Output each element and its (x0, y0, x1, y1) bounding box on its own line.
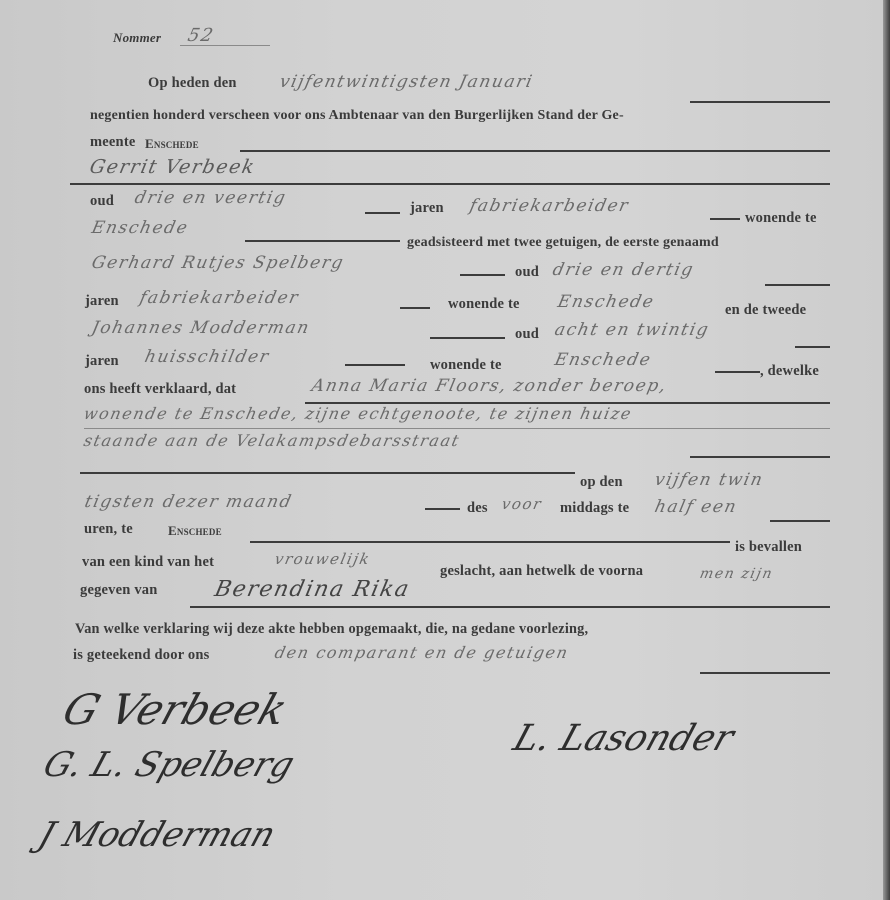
hand-birth-time: half een (653, 497, 739, 517)
hand-address: staande aan de Velakampsdebarsstraat (82, 431, 462, 450)
hand-voor: voor (500, 495, 544, 513)
page-edge (883, 0, 890, 900)
printed-uren-te: uren, te (84, 521, 133, 538)
rule (84, 428, 830, 429)
rule (430, 337, 505, 339)
rule (240, 150, 830, 152)
rule (245, 240, 400, 242)
hand-mother-name: Anna Maria Floors, zonder beroep, (310, 376, 669, 396)
rule (425, 508, 460, 510)
hand-birth-day-end: tigsten dezer maand (83, 492, 294, 512)
rule (795, 346, 830, 348)
number-underline (180, 45, 270, 46)
hand-witness1-name: Gerhard Rutjes Spelberg (90, 253, 346, 273)
hand-father-name: Gerrit Verbeek (88, 156, 258, 178)
hand-father-age: drie en veertig (133, 188, 289, 208)
hand-voornamen-zijn: men zijn (698, 566, 774, 582)
rule (345, 364, 405, 366)
rule (190, 606, 830, 608)
hand-father-occupation: fabriekarbeider (468, 196, 631, 216)
rule (250, 541, 730, 543)
rule (80, 472, 575, 474)
printed-geadsisteerd: geadsisteerd met twee getuigen, de eerst… (407, 235, 719, 251)
hand-signers: den comparant en de getuigen (273, 643, 571, 662)
rule (690, 101, 830, 103)
printed-middags-te: middags te (560, 500, 629, 517)
rule (770, 520, 830, 522)
printed-geteekend: is geteekend door ons (73, 647, 209, 664)
printed-verklaard: ons heeft verklaard, dat (84, 381, 236, 398)
rule (460, 274, 505, 276)
hand-child-name: Berendina Rika (212, 577, 412, 602)
printed-jaren: jaren (410, 200, 444, 217)
printed-van-een-kind: van een kind van het (82, 554, 214, 571)
printed-dewelke: , dewelke (760, 363, 819, 380)
printed-municipality: Enschede (145, 136, 199, 152)
rule (700, 672, 830, 674)
printed-municipality-2: Enschede (168, 523, 222, 539)
printed-van-welke: Van welke verklaring wij deze akte hebbe… (75, 621, 588, 638)
number-value: 52 (186, 25, 217, 46)
hand-witness2-age: acht en twintig (553, 320, 711, 340)
printed-gegeven-van: gegeven van (80, 582, 158, 599)
printed-en-de-tweede: en de tweede (725, 302, 806, 319)
printed-wonende-te: wonende te (745, 210, 817, 227)
rule (70, 183, 830, 185)
hand-witness1-occupation: fabriekarbeider (138, 288, 301, 308)
hand-witness1-age: drie en dertig (551, 260, 696, 280)
hand-date: vijfentwintigsten Januari (278, 72, 535, 92)
rule (400, 307, 430, 309)
hand-witness2-name: Johannes Modderman (90, 318, 312, 338)
hand-witness2-residence: Enschede (553, 350, 654, 370)
printed-op-heden: Op heden den (148, 75, 237, 92)
hand-birth-day-start: vijfen twin (653, 470, 766, 490)
signature-official: L. Lasonder (508, 718, 738, 759)
printed-wonende-te-3: wonende te (430, 357, 502, 374)
signature-father: G Verbeek (57, 685, 293, 734)
printed-wonende-te-2: wonende te (448, 296, 520, 313)
rule (710, 218, 740, 220)
number-label: Nommer (113, 30, 161, 46)
hand-witness2-occupation: huisschilder (143, 347, 272, 367)
hand-witness1-residence: Enschede (556, 292, 657, 312)
printed-is-bevallen: is bevallen (735, 539, 802, 556)
printed-jaren-2: jaren (85, 293, 119, 310)
rule (365, 212, 400, 214)
hand-sex: vrouwelijk (273, 550, 372, 568)
printed-geslacht: geslacht, aan hetwelk de voorna (440, 563, 643, 580)
printed-line-2: negentien honderd verscheen voor ons Amb… (90, 108, 624, 124)
printed-gemeente: meente (90, 134, 135, 151)
signature-witness2: J Modderman (34, 815, 281, 855)
rule (715, 371, 760, 373)
printed-op-den: op den (580, 474, 623, 491)
printed-jaren-3: jaren (85, 353, 119, 370)
rule (690, 456, 830, 458)
hand-mother-residence: wonende te Enschede, zijne echtgenoote, … (82, 404, 634, 423)
printed-des: des (467, 500, 488, 517)
printed-oud-2: oud (515, 264, 539, 281)
printed-oud: oud (90, 193, 114, 210)
printed-oud-3: oud (515, 326, 539, 343)
rule (765, 284, 830, 286)
hand-father-residence: Enschede (90, 218, 191, 238)
signature-witness1: G. L. Spelberg (39, 745, 300, 785)
birth-certificate-page: Nommer 52 Op heden den vijfentwintigsten… (0, 0, 883, 900)
